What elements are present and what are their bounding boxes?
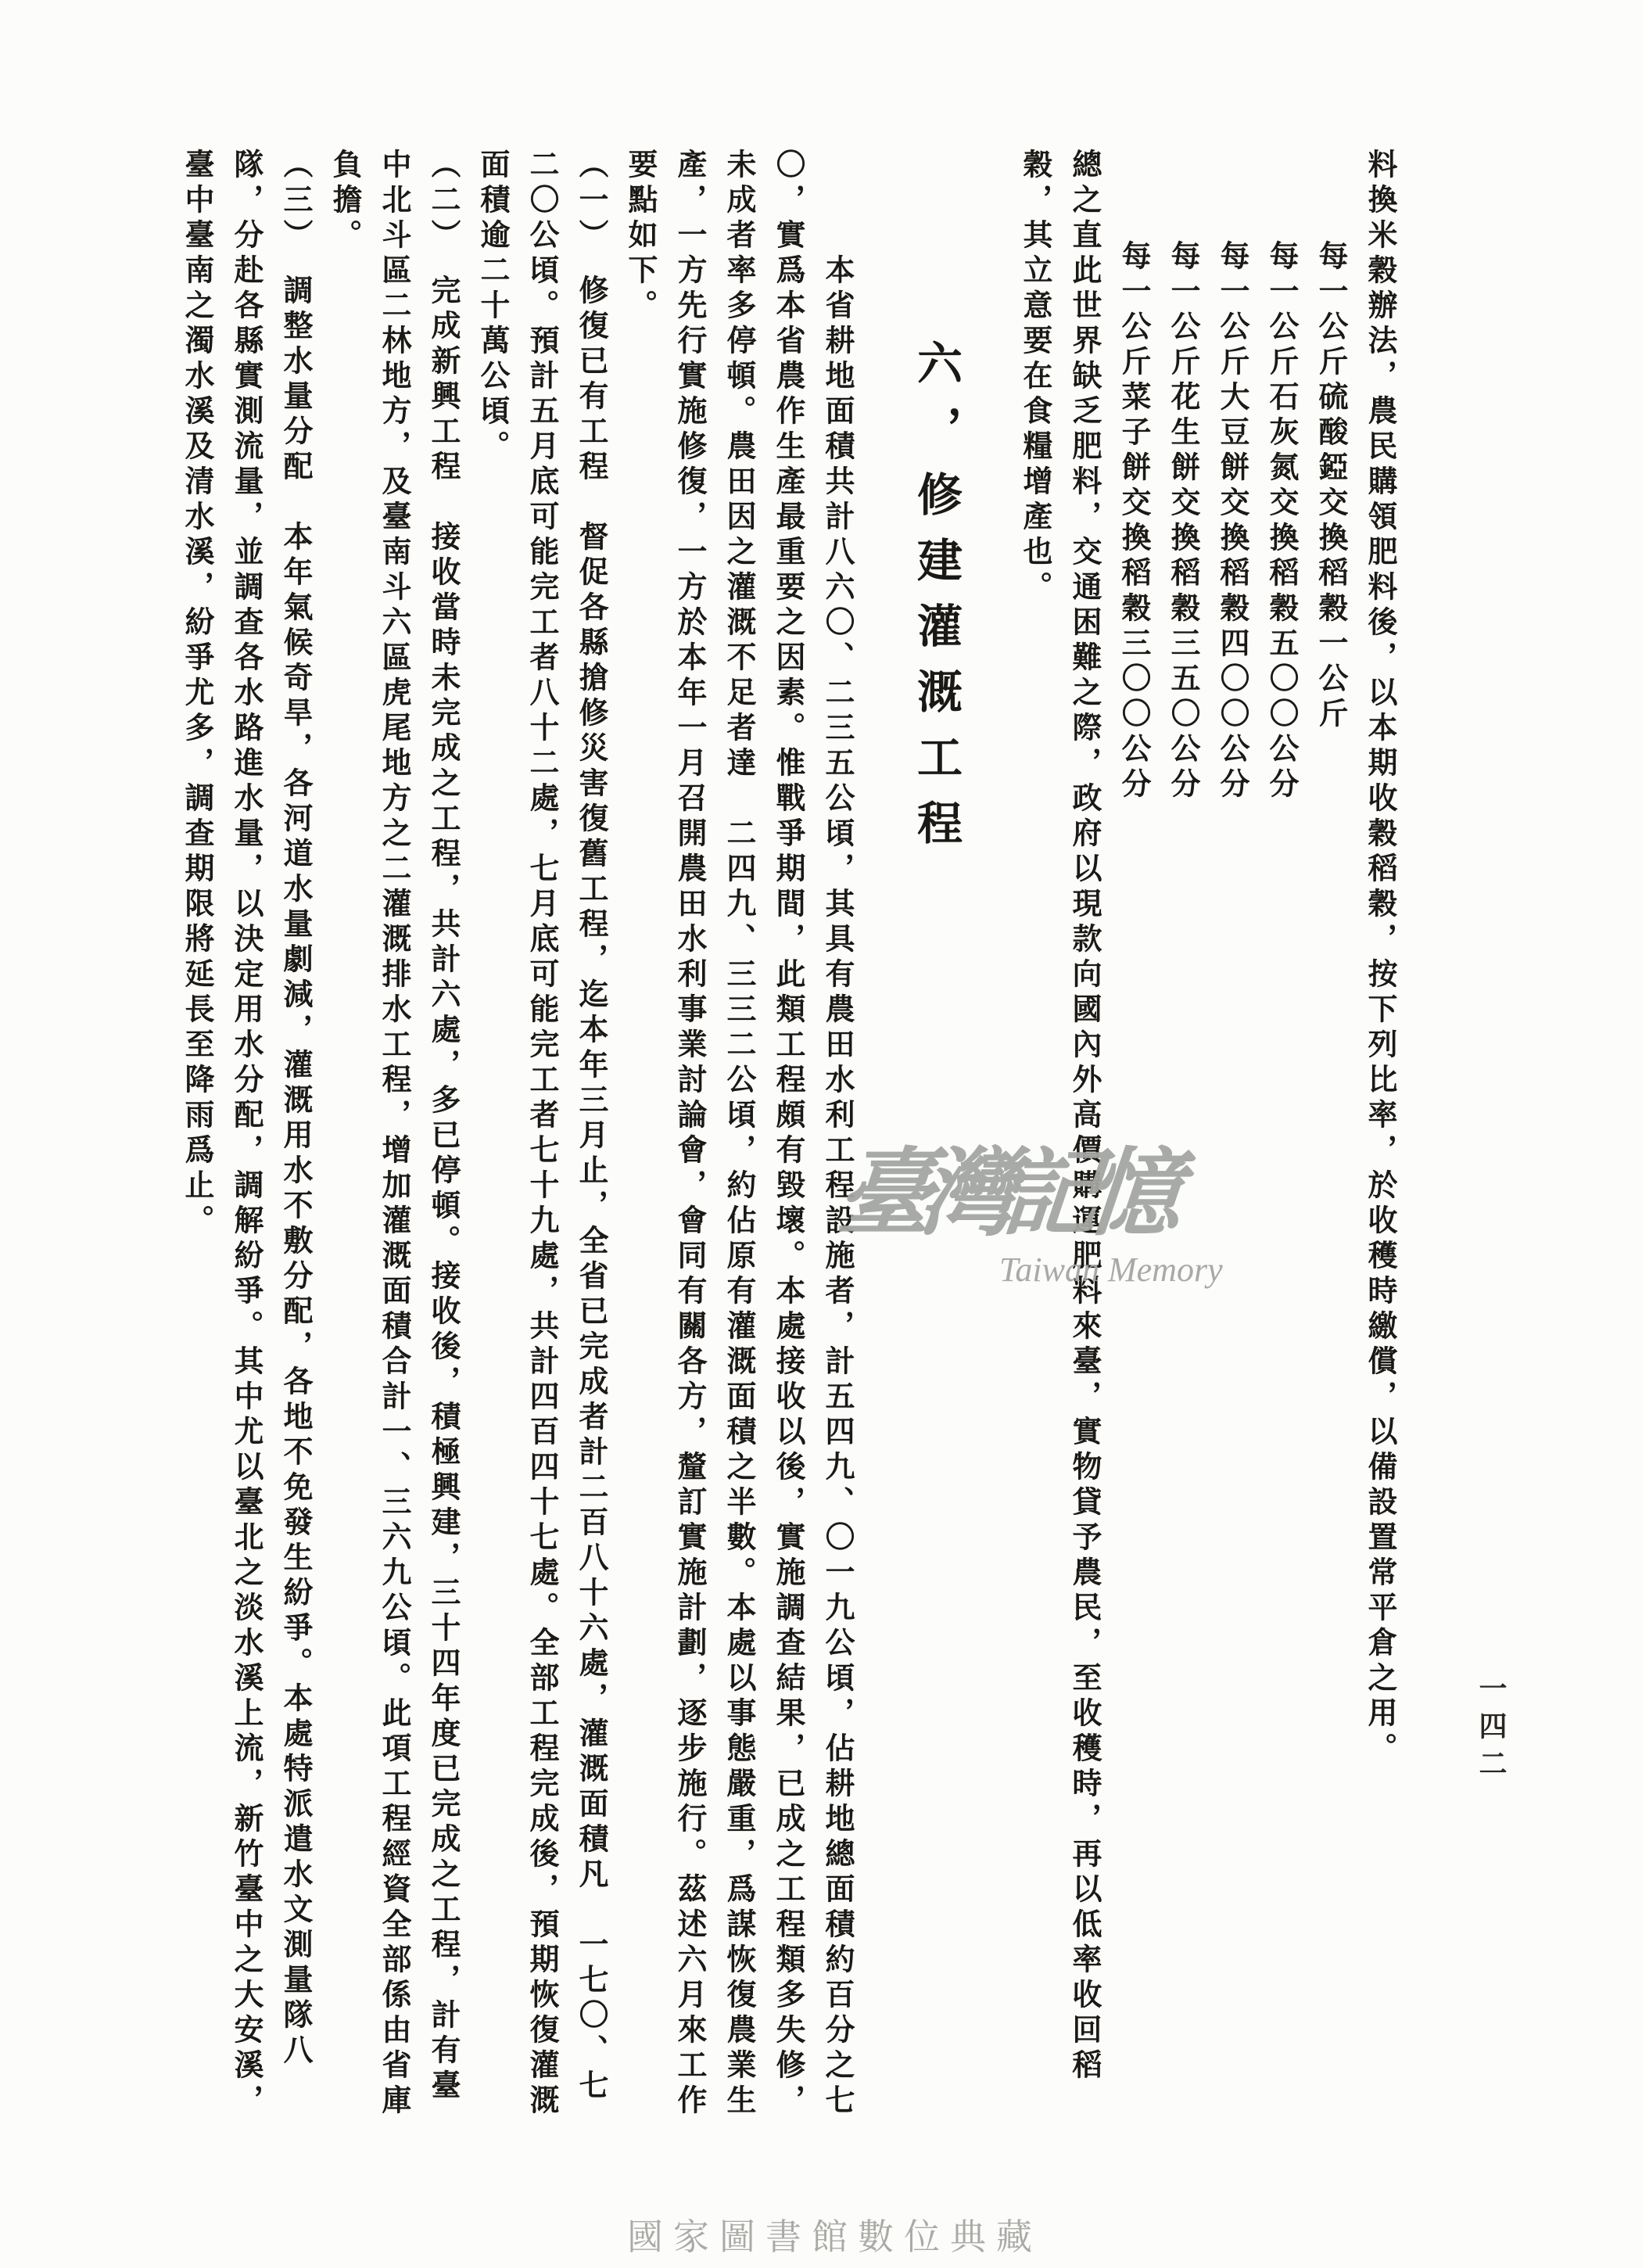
work-item-new-construction: （二） 完成新興工程 接收當時未完成之工程，共計六處，多已停頓。接收後，積極興建… [319, 149, 467, 2139]
work-item-repair-existing: （一） 修復已有工程 督促各縣搶修災害復舊工程，迄本年三月止，全省已完成者計二百… [467, 149, 615, 2139]
paragraph-fertilizer-exchange: 料換米穀辦法，農民購領肥料後，以本期收穀稻穀，按下列比率，於收穫時繳償，以備設置… [1354, 149, 1404, 2139]
watermark-script: 臺灣記憶 [832, 1117, 1219, 1254]
paragraph-irrigation-overview: 本省耕地面積共計八六〇、二三五公頃，其具有農田水利工程設施者，計五四九、〇一九公… [615, 149, 861, 2139]
scanned-page: 料換米穀辦法，農民購領肥料後，以本期收穀稻穀，按下列比率，於收穫時繳償，以備設置… [0, 0, 1642, 2268]
archive-caption: 國家圖書館數位典藏 [627, 2209, 1042, 2260]
exchange-rate-line: 每一公斤硫酸錏交換稻穀一公斤 [1305, 149, 1354, 2139]
exchange-rate-line: 每一公斤石灰氮交換稻穀五〇〇公分 [1256, 149, 1305, 2139]
work-item-water-allocation: （三） 調整水量分配 本年氣候奇旱，各河道水量劇減，灌溉用水不敷分配，各地不免發… [171, 149, 319, 2139]
text-block: 料換米穀辦法，農民購領肥料後，以本期收穀稻穀，按下列比率，於收穫時繳償，以備設置… [171, 149, 1404, 2139]
page-number: 一四二 [1472, 1674, 1511, 1786]
watermark-latin: Taiwan Memory [999, 1250, 1223, 1290]
